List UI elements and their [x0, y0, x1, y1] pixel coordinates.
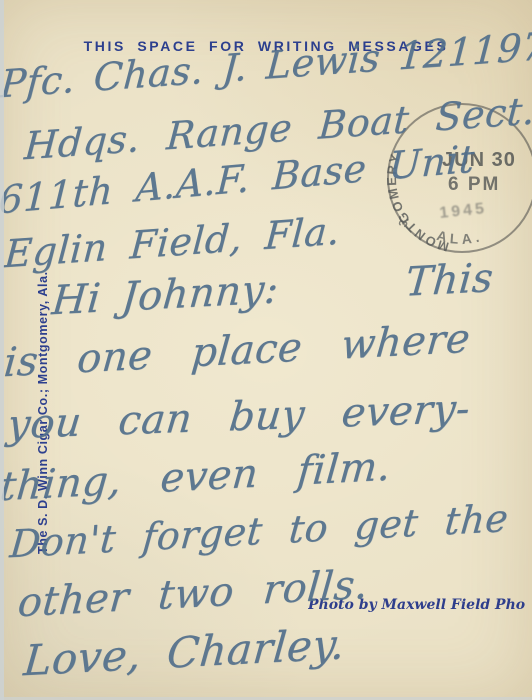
handwritten-message-line: you can buy every- — [5, 386, 472, 448]
postmark-year: 1945 — [439, 200, 488, 222]
handwritten-message-line: other two rolls. — [16, 562, 370, 627]
postcard-back: THIS SPACE FOR WRITING MESSAGES The S. D… — [0, 0, 532, 700]
handwritten-signature-line: Love, Charley. — [22, 619, 347, 685]
handwritten-message-line: thing, even film. — [0, 444, 393, 511]
postmark-state: ALA. — [435, 227, 485, 247]
handwritten-message-line: Don't forget to get the — [8, 496, 510, 566]
scan-edge-left — [0, 0, 4, 700]
handwritten-message-line: is one place where — [2, 316, 472, 387]
